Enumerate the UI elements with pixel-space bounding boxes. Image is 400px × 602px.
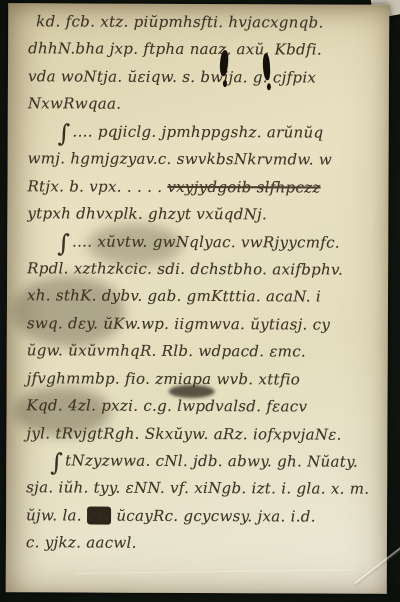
- section-mark: ∫: [57, 229, 70, 257]
- manuscript-line: vda woNtja. ŭεiqw. s. bwija. g. cjfpix: [28, 63, 385, 92]
- ink-drip: [223, 80, 227, 87]
- manuscript-line: c. yjkz. aacwl.: [26, 530, 383, 559]
- photo-background: kd. fcb. xtz. piŭpmhsfti. hvjacxgnqb.dhh…: [0, 0, 400, 602]
- stain-smudge: [13, 275, 125, 347]
- cipher-text: vda woNtja. ŭεiqw. s. bwija. g. cjfpix: [28, 67, 316, 86]
- section-mark: ∫: [50, 448, 63, 476]
- cipher-text: dhhN.bha jxp. ftpha naaz, axŭ. Kbdfi.: [28, 40, 322, 59]
- section-mark: ∫: [58, 119, 71, 147]
- ink-drip: [267, 83, 271, 90]
- manuscript-line: ∫.... pqjiclg. jpmhppgshz. arŭnŭq: [28, 118, 385, 147]
- cipher-text: ytpxh dhvxplk. ghzyt vxŭqdNj.: [27, 204, 267, 223]
- ink-blot: [169, 385, 215, 398]
- manuscript-line: NxwRwqaa.: [28, 91, 385, 120]
- manuscript-page: kd. fcb. xtz. piŭpmhsfti. hvjacxgnqb.dhh…: [6, 3, 390, 594]
- manuscript-line: sja. iŭh. tyy. εNN. vf. xiNgb. izt. i. g…: [26, 475, 383, 504]
- cipher-text: kd. fcb. xtz. piŭpmhsfti. hvjacxgnqb.: [36, 12, 323, 31]
- stain-smudge: [87, 224, 182, 266]
- cipher-text: .... pqjiclg. jpmhppgshz. arŭnŭq: [73, 122, 324, 141]
- cipher-text: c. yjkz. aacwl.: [26, 534, 137, 552]
- cipher-text: ŭjw. la.: [26, 506, 87, 524]
- manuscript-line: wmj. hgmjgzyav.c. swvkbsNkrvmdw. w: [28, 145, 385, 174]
- manuscript-line: ∫tNzyzwwa. cNl. jdb. abwy. gh. Nŭaty.: [26, 447, 383, 476]
- cipher-text: ŭcayRc. gcycwsy. jxa. i.d.: [111, 507, 316, 526]
- scratched-out-text: ew: [87, 506, 111, 524]
- cipher-text: jfvghmmbp. fio. zmiapa wvb. xttfio: [27, 369, 301, 388]
- manuscript-line: Rtjx. b. vpx. . . . . vxyjydgoib slfhpcz…: [27, 173, 384, 202]
- manuscript-line: dhhN.bha jxp. ftpha naaz, axŭ. Kbdfi.: [28, 36, 385, 65]
- manuscript-line: ∫.... xŭvtw. gwNqlyac. vwRjyycmfc.: [27, 228, 384, 257]
- stain-smudge: [14, 386, 110, 436]
- cipher-text: wmj. hgmjgzyav.c. swvkbsNkrvmdw. w: [28, 149, 333, 168]
- cipher-text: Rtjx. b. vpx. . . . .: [27, 177, 167, 196]
- manuscript-line: ytpxh dhvxplk. ghzyt vxŭqdNj.: [27, 200, 384, 229]
- cipher-text: tNzyzwwa. cNl. jdb. abwy. gh. Nŭaty.: [65, 451, 358, 470]
- cipher-text: NxwRwqaa.: [28, 95, 122, 113]
- cipher-text: sja. iŭh. tyy. εNN. vf. xiNgb. izt. i. g…: [26, 479, 369, 498]
- paper-crease: [76, 569, 356, 574]
- struck-cipher-text: vxyjydgoib slfhpczz: [167, 177, 320, 196]
- manuscript-line: kd. fcb. xtz. piŭpmhsfti. hvjacxgnqb.: [28, 8, 385, 37]
- manuscript-line: ŭjw. la. ew ŭcayRc. gcycwsy. jxa. i.d.: [26, 502, 383, 531]
